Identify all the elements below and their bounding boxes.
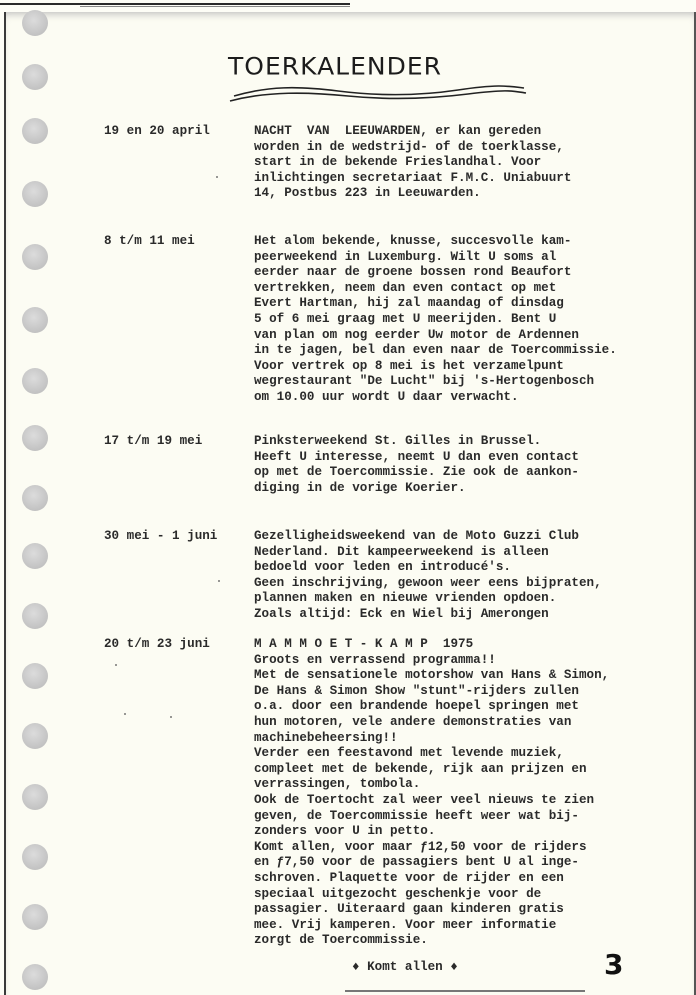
binder-hole xyxy=(22,663,48,689)
binder-hole xyxy=(22,368,48,394)
binder-hole xyxy=(22,64,48,90)
binder-hole xyxy=(22,603,48,629)
binder-hole xyxy=(22,844,48,870)
binder-hole xyxy=(22,425,48,451)
binder-hole xyxy=(22,10,48,36)
entry-date: 20 t/m 23 juni xyxy=(104,637,254,651)
entry-description: NACHT VAN LEEUWARDEN, er kan gereden wor… xyxy=(254,124,684,202)
binder-hole xyxy=(22,485,48,511)
page-number: 3 xyxy=(604,948,623,981)
binder-hole xyxy=(22,784,48,810)
entry-description: Pinksterweekend St. Gilles in Brussel. H… xyxy=(254,434,684,496)
entry-date: 17 t/m 19 mei xyxy=(104,434,254,448)
page-bottom-edge xyxy=(345,990,585,992)
binder-hole xyxy=(22,244,48,270)
paper-speck xyxy=(170,716,172,718)
paper-speck xyxy=(115,664,117,666)
paper-speck xyxy=(124,713,126,715)
binder-hole xyxy=(22,543,48,569)
binder-hole xyxy=(22,904,48,930)
paper-speck xyxy=(218,580,220,582)
page-top-edge xyxy=(0,3,350,5)
entry-description: Het alom bekende, knusse, succesvolle ka… xyxy=(254,234,684,406)
footer-slogan: ♦ Komt allen ♦ xyxy=(352,960,458,974)
binder-hole xyxy=(22,181,48,207)
entry-date: 19 en 20 april xyxy=(104,124,254,138)
binder-hole xyxy=(22,307,48,333)
page-title-block: TOERKALENDER xyxy=(228,52,528,102)
binder-hole xyxy=(22,118,48,144)
paper-speck xyxy=(216,176,218,178)
binder-hole xyxy=(22,723,48,749)
page-top-edge-shadow xyxy=(80,6,350,7)
title-underline-squiggle-icon xyxy=(228,82,528,102)
entry-description: Gezelligheidsweekend van de Moto Guzzi C… xyxy=(254,529,684,623)
entry-date: 8 t/m 11 mei xyxy=(104,234,254,248)
entry-description: M A M M O E T - K A M P 1975 Groots en v… xyxy=(254,637,684,949)
page-title: TOERKALENDER xyxy=(228,53,528,81)
entry-date: 30 mei - 1 juni xyxy=(104,529,254,543)
binder-hole xyxy=(22,964,48,990)
